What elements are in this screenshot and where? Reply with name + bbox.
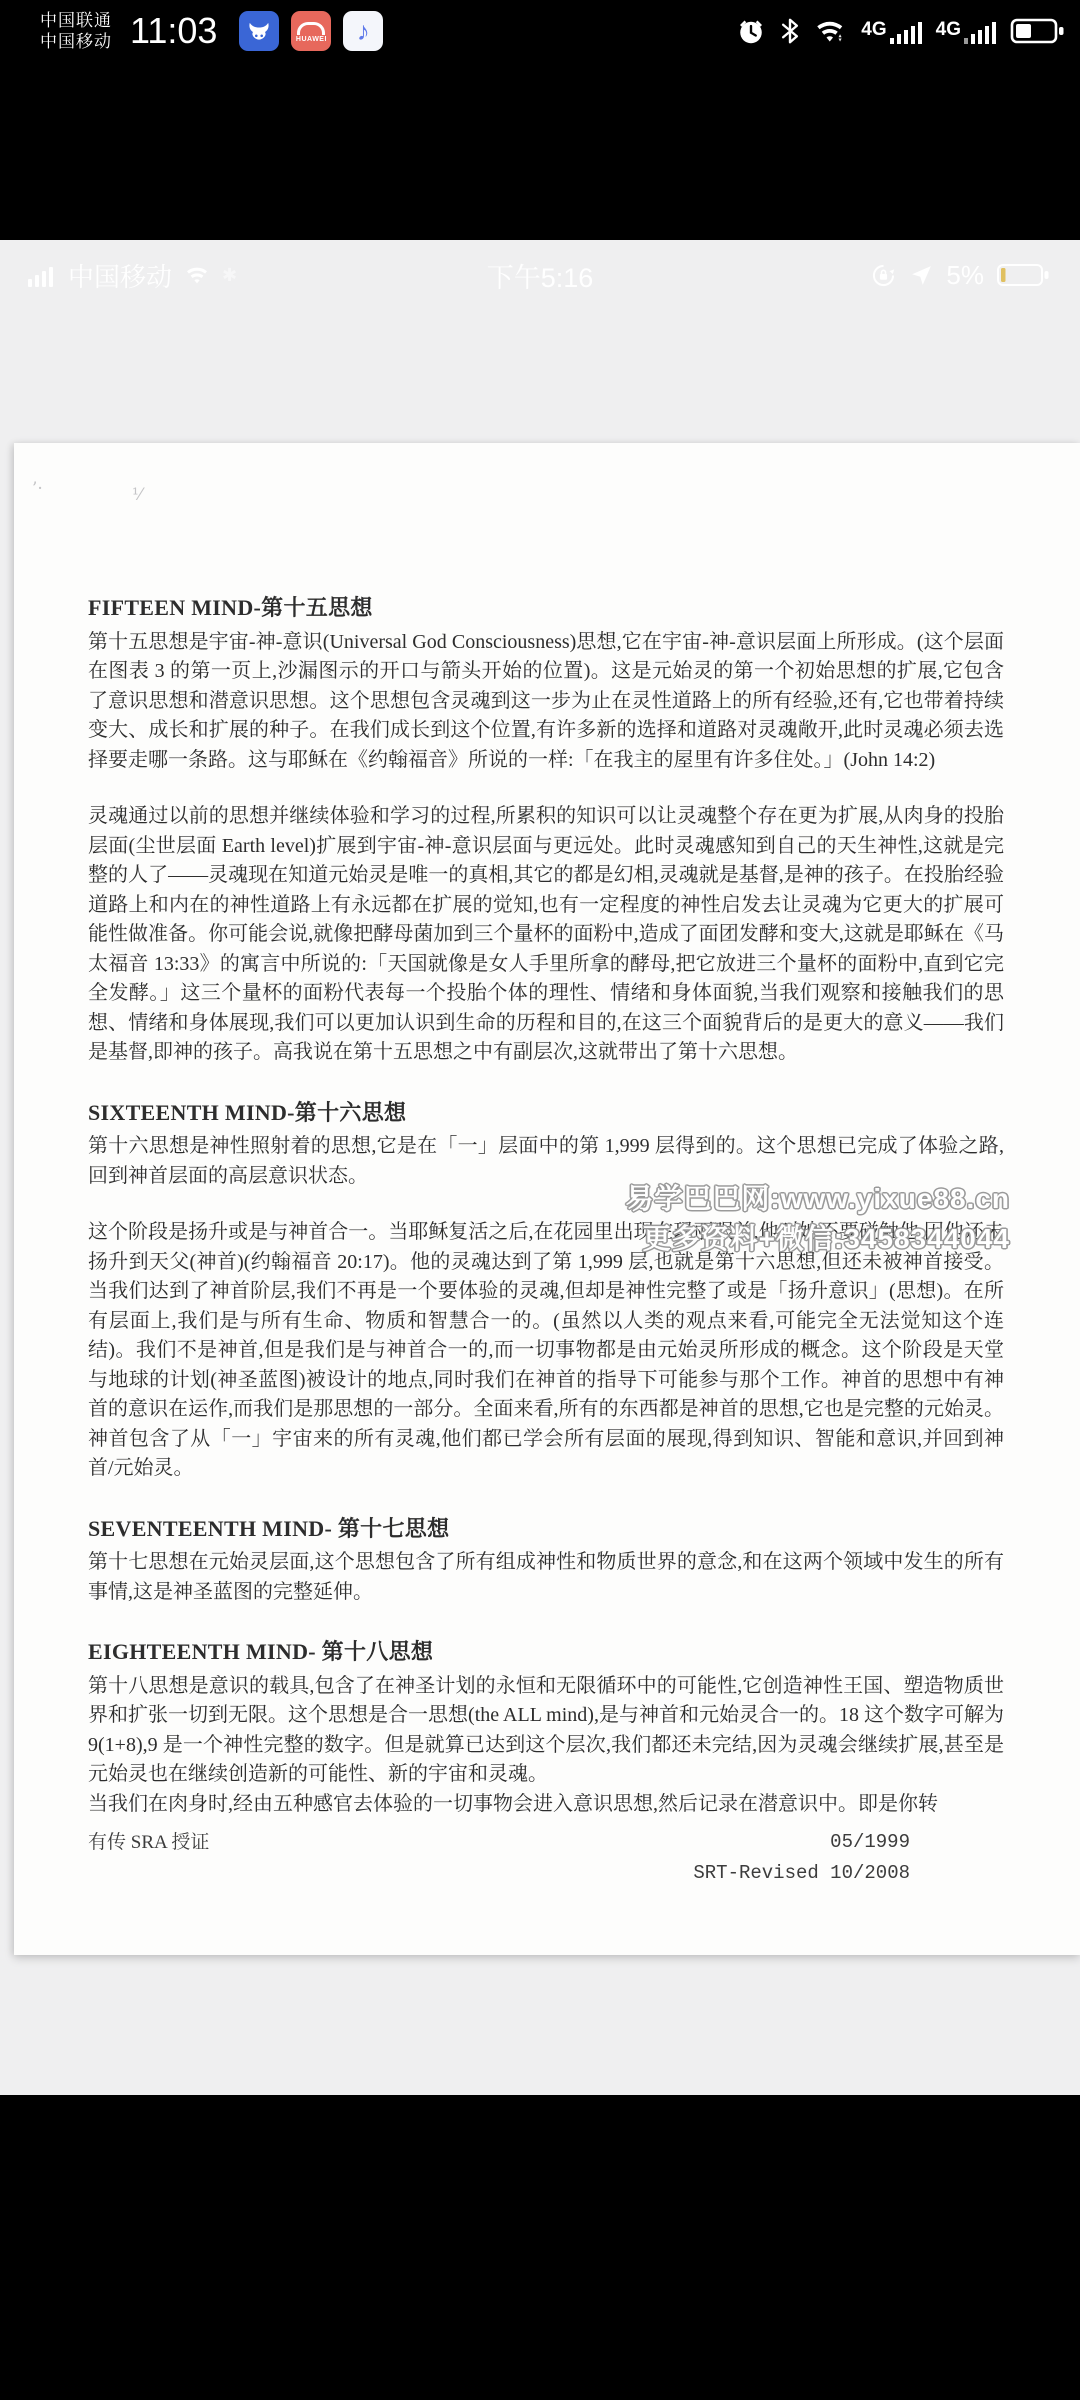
inner-signal-bars-icon	[28, 263, 58, 287]
huawei-label: HUAWEI	[296, 36, 327, 43]
sim1-4g-badge: 4G	[861, 23, 886, 37]
inner-carrier-label: 中国移动	[68, 257, 172, 294]
music-note-icon: ♪	[357, 18, 370, 44]
sim2-signal: 4G	[936, 18, 997, 45]
inner-ios-status-bar: 中国移动 ✱ 下午5:16 5%	[0, 245, 1080, 305]
phone-screenshot: { "outer_status_bar": { "carrier_line1":…	[0, 0, 1080, 2400]
footer-revision: SRT-Revised 10/2008	[693, 1858, 910, 1889]
section-heading-sixteen: SIXTEENTH MIND-第十六思想	[88, 1098, 1004, 1128]
outer-status-bar: 中国联通 中国移动 11:03 HUAWEI ♪ 4G	[0, 0, 1080, 62]
document-page: ’· ¹⁄ FIFTEEN MIND-第十五思想 第十五思想是宇宙-神-意识(U…	[14, 443, 1080, 1955]
footer-date: 05/1999	[693, 1827, 910, 1858]
carrier-2: 中国移动	[40, 31, 112, 52]
sim1-signal-bars-icon	[889, 18, 923, 45]
sim1-signal: 4G	[861, 18, 922, 45]
clock-time: 11:03	[130, 10, 217, 52]
bull-icon	[246, 18, 272, 44]
inner-screenshot-viewer[interactable]: 中国移动 ✱ 下午5:16 5%	[0, 240, 1080, 2095]
watermark-site: 易学巴巴网:www.yixue88.cn	[625, 1179, 1010, 1219]
watermark-wechat: 更多资料+微信:3458344044	[625, 1219, 1010, 1259]
paragraph: 第十五思想是宇宙-神-意识(Universal God Consciousnes…	[88, 628, 1004, 776]
section-heading-fifteen: FIFTEEN MIND-第十五思想	[88, 593, 1004, 623]
section-heading-seventeen: SEVENTEENTH MIND- 第十七思想	[88, 1514, 1004, 1544]
music-app-notification-icon: ♪	[343, 11, 383, 51]
appgallery-arc-icon	[297, 22, 325, 35]
document-body: FIFTEEN MIND-第十五思想 第十五思想是宇宙-神-意识(Univers…	[14, 443, 1080, 1819]
page-footer: 有传 SRA 授证 05/1999 SRT-Revised 10/2008	[14, 1827, 1080, 1889]
orientation-lock-icon	[870, 262, 897, 289]
section-heading-eighteen: EIGHTEENTH MIND- 第十八思想	[88, 1637, 1004, 1667]
inner-battery-percent: 5%	[946, 260, 984, 291]
paragraph: 灵魂通过以前的思想并继续体验和学习的过程,所累积的知识可以让灵魂整个存在更为扩展…	[88, 802, 1004, 1068]
location-arrow-icon	[909, 263, 934, 288]
inner-battery-icon	[996, 261, 1052, 289]
watermark: 易学巴巴网:www.yixue88.cn 更多资料+微信:3458344044	[625, 1179, 1010, 1259]
carrier-1: 中国联通	[40, 10, 112, 31]
inner-wifi-icon	[182, 263, 212, 287]
sim2-4g-badge: 4G	[936, 23, 961, 37]
bluetooth-icon	[779, 16, 801, 46]
sim2-signal-bars-icon	[963, 18, 997, 45]
battery-icon	[1010, 16, 1066, 46]
status-indicators: 4G 4G	[736, 16, 1066, 46]
footer-revision-block: 05/1999 SRT-Revised 10/2008	[693, 1827, 910, 1889]
dual-carrier-labels: 中国联通 中国移动	[40, 10, 112, 52]
wifi-icon	[814, 16, 848, 46]
bull-app-notification-icon	[239, 11, 279, 51]
paragraph: 第十七思想在元始灵层面,这个思想包含了所有组成神性和物质世界的意念,和在这两个领…	[88, 1548, 1004, 1607]
paragraph: 当我们在肉身时,经由五种感官去体验的一切事物会进入意识思想,然后记录在潜意识中。…	[88, 1790, 1004, 1820]
alarm-clock-icon	[736, 16, 766, 46]
huawei-appgallery-notification-icon: HUAWEI	[291, 11, 331, 51]
footer-certification: 有传 SRA 授证	[88, 1827, 209, 1854]
faint-status-icon: ✱	[222, 265, 237, 286]
paragraph: 第十八思想是意识的载具,包含了在神圣计划的永恒和无限循环中的可能性,它创造神性王…	[88, 1672, 1004, 1790]
